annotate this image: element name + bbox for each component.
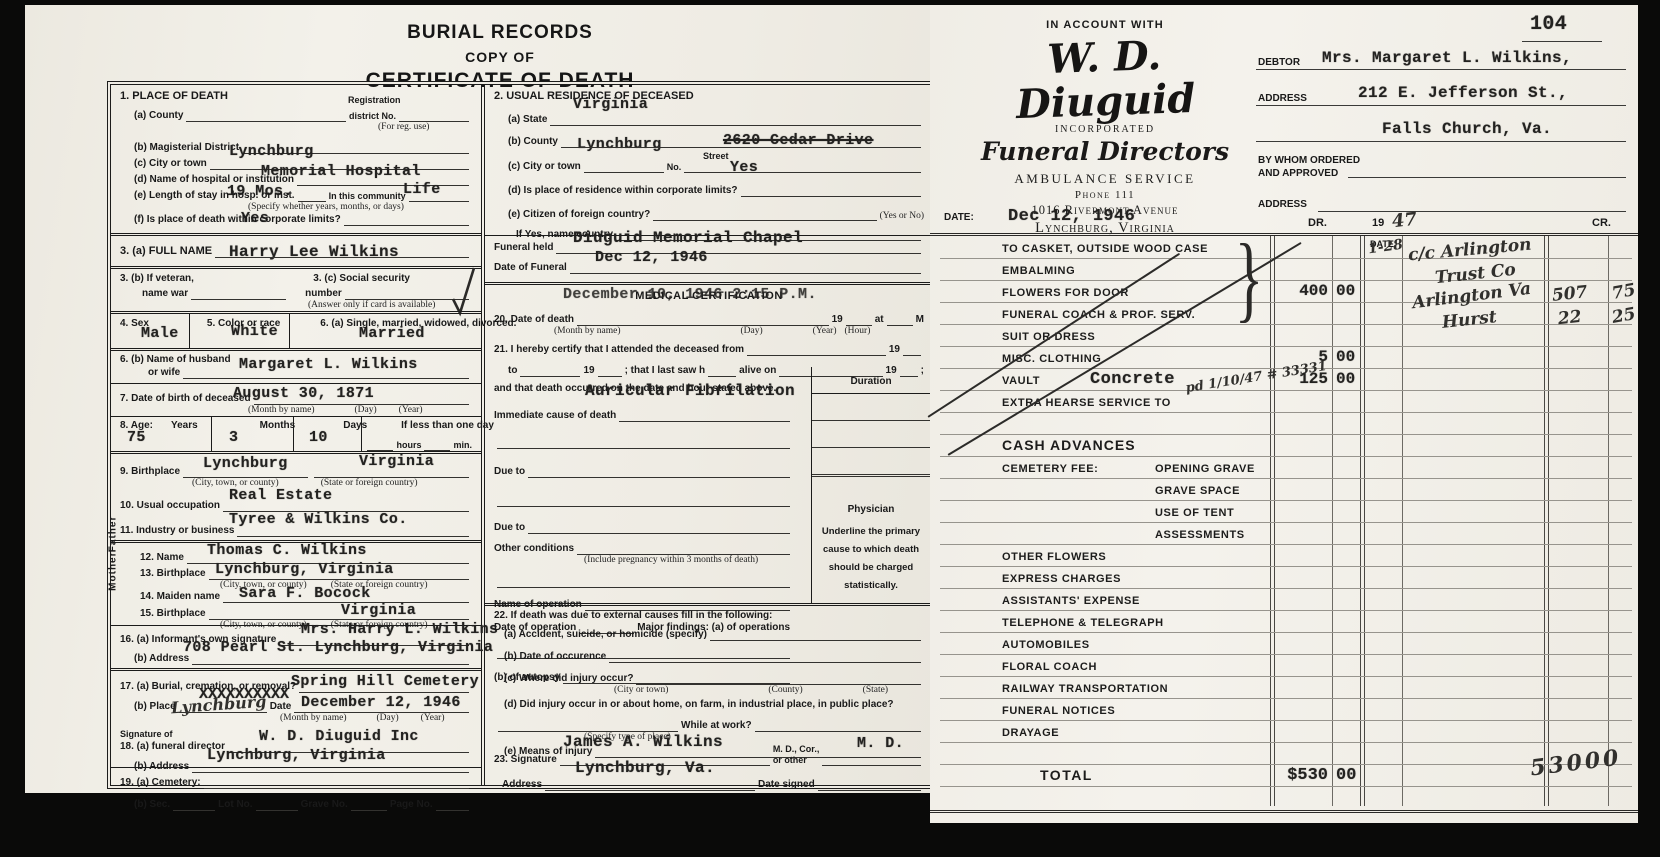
ss-number-label: number [305, 288, 342, 300]
birth-caption-month: (Month by name) [248, 405, 315, 415]
section-full-name: Harry Lee Wilkins 3. (a) FULL NAME [111, 233, 481, 266]
birth-caption-year: (Year) [399, 405, 423, 415]
approver-address-label: ADDRESS [1258, 199, 1307, 211]
informant-address-label: (b) Address [134, 653, 189, 665]
physician-address-value: Lynchburg, Va. [575, 760, 715, 776]
funeral-date-label: Date of Funeral [494, 262, 567, 274]
ledger-page: IN ACCOUNT WITH W. D. Diuguid INCORPORAT… [930, 5, 1638, 823]
total-dr-amount: $530 [1270, 766, 1328, 785]
section-external-causes: 22. If death was due to external causes … [485, 603, 933, 734]
burial-label: 17. (a) Burial, cremation, or removal? [120, 681, 296, 693]
director-label1: Signature of [120, 729, 173, 740]
section-parents: Father Mother Thomas C. Wilkins 12. Name… [111, 540, 481, 625]
ledger-date-value: Dec 12, 1946 [1008, 208, 1135, 225]
section-informant: Mrs. Harry L. Wilkins 16. (a) Informant'… [111, 625, 481, 668]
s22-b-label: (b) Date of occurence [504, 651, 606, 663]
burial-place-label: (b) Place [134, 701, 176, 713]
full-name-label: 3. (a) FULL NAME [120, 245, 212, 258]
birth-date-label: 7. Date of birth of deceased [120, 393, 251, 405]
funeral-held-label: Funeral held [494, 242, 553, 254]
age-less-label: If less than one day [401, 420, 494, 432]
funeral-directors-script: Funeral Directors [970, 137, 1240, 167]
certify-saw: ; that I last saw h [625, 365, 706, 377]
s1-e-caption: (Specify whether years, months, or days) [248, 202, 404, 212]
s22-cap-city: (City or town) [614, 685, 668, 695]
lot-label: Lot No. [218, 799, 252, 811]
age-months-label: Months [260, 420, 296, 432]
section-certification: 21. I hereby certify that I attended the… [485, 337, 933, 603]
debtor-label: DEBTOR [1258, 57, 1300, 69]
total-dr-cents: 00 [1336, 766, 1356, 785]
total-label: TOTAL [1040, 767, 1093, 783]
father-name-label: 12. Name [140, 552, 184, 564]
section-burial: Spring Hill Cemetery XXXXXXXXXX 17. (a) … [111, 668, 481, 727]
ledger-row: FLORAL COACH [1002, 661, 1097, 673]
section-funeral-held: Diuguid Memorial Chapel Funeral held Dec… [485, 235, 933, 282]
certify-alive: alive on [739, 365, 776, 377]
section-residence: 2. USUAL RESIDENCE OF DECEASED Virginia … [485, 85, 933, 235]
credit-amount-2: 22 [1557, 309, 1582, 328]
spouse-label1: 6. (b) Name of husband [120, 354, 231, 366]
ledger-row: EXPRESS CHARGES [1002, 573, 1121, 585]
physician-label: Physician [848, 504, 895, 515]
mother-birthplace-label: 15. Birthplace [140, 608, 206, 620]
signature-label: 23. Signature [494, 754, 557, 766]
other-conditions-label: Other conditions [494, 543, 574, 555]
dod-19: 19 [832, 314, 843, 326]
debtor-address-value: 212 E. Jefferson St., [1358, 85, 1568, 101]
due-to-2-label: Due to [494, 522, 525, 534]
dr-cents: 00 [1336, 282, 1355, 300]
residence-county-label: (b) County [508, 136, 558, 148]
ledger-date-label: DATE: [944, 212, 974, 224]
year-printed: 19 [1372, 217, 1384, 230]
industry-label: 11. Industry or business [120, 525, 234, 537]
ledger-row: TELEPHONE & TELEGRAPH [1002, 617, 1164, 629]
ledger-row: FUNERAL COACH & PROF. SERV. [1002, 309, 1195, 321]
residence-foreign-label: (e) Citizen of foreign country? [508, 209, 650, 221]
dod-at: at [875, 314, 884, 326]
address-label: Address [502, 779, 542, 791]
age-min-label: min. [453, 440, 472, 451]
s1-district-no: district No. [349, 111, 396, 122]
and-approved: AND APPROVED [1258, 168, 1338, 180]
certificate-page: BURIAL RECORDS COPY OF CERTIFICATE OF DE… [25, 5, 930, 793]
medical-certification-heading: MEDICAL CERTIFICATION December 10, 1946 … [485, 282, 933, 307]
section-birthplace: Lynchburg Virginia 9. Birthplace (City, … [111, 451, 481, 490]
certificate-form: 1. PLACE OF DEATH Registration (a) Count… [110, 84, 934, 786]
date-signed-label: Date signed [758, 779, 815, 791]
section-industry: Tyree & Wilkins Co. 11. Industry or busi… [111, 515, 481, 540]
debtor-value: Mrs. Margaret L. Wilkins, [1322, 50, 1572, 66]
birthplace-label: 9. Birthplace [120, 466, 180, 478]
cash-advances-heading: CASH ADVANCES [1002, 437, 1136, 453]
residence-corporate-label: (d) Is place of residence within corpora… [508, 185, 738, 197]
ledger-row: VAULT [1002, 375, 1040, 387]
cr-label: CR. [1592, 217, 1611, 230]
cemetery-label: 19. (a) Cemetery: [120, 777, 201, 789]
firm-name-script: W. D. Diuguid [969, 32, 1242, 129]
certificate-left-column: 1. PLACE OF DEATH Registration (a) Count… [111, 85, 481, 785]
s22-heading: 22. If death was due to external causes … [494, 610, 772, 622]
phone-number: Phone 111 [970, 189, 1240, 201]
ledger-row: EMBALMING [1002, 265, 1075, 277]
birth-caption-day: (Day) [355, 405, 377, 415]
dod-m: M [916, 314, 924, 326]
certificate-right-column: 2. USUAL RESIDENCE OF DECEASED Virginia … [481, 85, 933, 785]
cause-of-death-value: Auricular Fibrilation [585, 383, 795, 399]
father-birthplace-label: 13. Birthplace [140, 568, 206, 580]
or-other-label: or other [773, 755, 820, 766]
mother-side-label: Mother [108, 551, 119, 590]
due-to-1-label: Due to [494, 466, 525, 478]
street-no-label: No. [667, 162, 682, 173]
dr-amount: 400 [1276, 282, 1328, 300]
dr-cents: 00 [1336, 348, 1355, 366]
certify-19a: 19 [889, 344, 900, 356]
death-datetime-typed: December 10, 1946 2:15 P.M. [563, 287, 817, 302]
dr-amount: 5 [1276, 348, 1328, 366]
page-number: 104 [1530, 15, 1567, 35]
occupation-label: 10. Usual occupation [120, 500, 220, 512]
ambulance-service: AMBULANCE SERVICE [970, 171, 1240, 187]
section-date-of-death: 20. Date of death19atM (Month by name)(D… [485, 307, 933, 337]
certify-19b: 19 [583, 365, 594, 377]
race-label: 5. Color or race [207, 318, 280, 330]
age-years-label: Years [171, 420, 198, 432]
s1-e-mid: In this community [329, 191, 406, 202]
s22-a-label: (a) Accident, suicide, or homicide (spec… [504, 629, 707, 641]
pageno-label: Page No. [390, 799, 433, 811]
burial-cap3: (Year) [421, 713, 445, 723]
ledger-row: GRAVE SPACE [1155, 485, 1240, 497]
spouse-label2: or wife [148, 367, 180, 379]
dod-cap-year: (Year) [813, 326, 837, 336]
duration-physician-box: Duration Physician Underline the primary… [811, 367, 930, 603]
s1-f-label: (f) Is place of death within corporate l… [134, 214, 341, 226]
burial-cap1: (Month by name) [280, 713, 347, 723]
cemetery-fee-prefix: CEMETERY FEE: [1002, 463, 1098, 475]
ledger-body: DATE TO CASKET, OUTSIDE WOOD CASE EMBALM… [930, 233, 1638, 806]
dr-amount: 125 [1276, 370, 1328, 388]
s1-for-reg-use: (For reg. use) [378, 122, 429, 132]
s1-b-label: (b) Magisterial District [134, 142, 239, 154]
section-sex-race-marital: Male White Married 4. Sex5. Color or rac… [111, 311, 481, 348]
dod-cap-month: (Month by name) [554, 326, 621, 336]
certify-line1: 21. I hereby certify that I attended the… [494, 344, 744, 356]
residence-state-label: (a) State [508, 114, 547, 126]
s22-while-at-work: While at work? [681, 720, 752, 732]
ss-caption: (Answer only if card is available) [308, 300, 435, 310]
vault-concrete-typed: Concrete [1090, 371, 1175, 388]
credit-cents-2: 25 [1611, 306, 1637, 327]
section-funeral-director: W. D. Diuguid Inc Signature of 18. (a) f… [111, 727, 481, 767]
burial-date-label: Date [270, 701, 292, 713]
section-signature: James A. Wilkins M. D. 23. SignatureM. D… [485, 734, 933, 790]
sec-label: (b) Sec. [134, 799, 170, 811]
section-age: 75 3 10 8. Age:YearsMonthsDaysIf less th… [111, 416, 481, 451]
date-of-death-label: 20. Date of death [494, 314, 574, 326]
s22-d-label: (d) Did injury occur in or about home, o… [504, 699, 893, 711]
ledger-row: ASSISTANTS' EXPENSE [1002, 595, 1140, 607]
section-birth-date: August 30, 1871 7. Date of birth of dece… [111, 383, 481, 416]
s1-registration: Registration [348, 95, 401, 106]
debtor-address-label: ADDRESS [1258, 93, 1307, 105]
sex-label: 4. Sex [120, 318, 149, 330]
ledger-row: AUTOMOBILES [1002, 639, 1090, 651]
duration-label: Duration [850, 376, 891, 387]
physician-note: Underline the primary cause to which dea… [822, 526, 920, 591]
s1-c-label: (c) City or town [134, 158, 207, 170]
veteran-war-label: name war [142, 288, 188, 300]
s1-e-label: (e) Length of stay in hosp. or inst. [134, 190, 295, 202]
dod-cap-day: (Day) [741, 326, 763, 336]
year-handwritten: 47 [1391, 211, 1418, 232]
ss-label: 3. (c) Social security [313, 273, 410, 285]
debtor-address-value2: Falls Church, Va. [1382, 121, 1552, 137]
s22-cap-county: (County) [768, 685, 802, 695]
check-mark [449, 265, 477, 317]
section-cemetery: 19. (a) Cemetery: (b) Sec.Lot No.Grave N… [111, 767, 481, 808]
title-copy-of: COPY OF [300, 48, 700, 68]
dod-cap-hour: (Hour) [845, 326, 871, 336]
ledger-row: OPENING GRAVE [1155, 463, 1255, 475]
residence-city-label: (c) City or town [508, 161, 581, 173]
grave-label: Grave No. [301, 799, 348, 811]
credit-cents-1: 75 [1611, 282, 1637, 303]
s1-a-label: (a) County [134, 110, 183, 122]
ledger-row: OTHER FLOWERS [1002, 551, 1106, 563]
scanned-burial-record: { "scan": { "page_number": "104" }, "cer… [0, 0, 1660, 857]
mother-name-label: 14. Maiden name [140, 591, 220, 603]
ledger-row: ASSESSMENTS [1155, 529, 1245, 541]
section-spouse: Margaret L. Wilkins 6. (b) Name of husba… [111, 348, 481, 383]
ledger-row: USE OF TENT [1155, 507, 1234, 519]
ledger-row: FUNERAL NOTICES [1002, 705, 1115, 717]
birthplace-cap2: (State or foreign country) [321, 478, 418, 488]
ledger-row: RAILWAY TRANSPORTATION [1002, 683, 1168, 695]
burial-cap2: (Day) [377, 713, 399, 723]
firm-header: IN ACCOUNT WITH W. D. Diuguid INCORPORAT… [970, 19, 1240, 237]
s1-heading: 1. PLACE OF DEATH [120, 90, 228, 103]
s22-cap-state: (State) [863, 685, 888, 695]
by-whom-ordered: BY WHOM ORDERED [1258, 155, 1360, 167]
father-side-label: Father [108, 516, 119, 553]
dr-label: DR. [1308, 217, 1327, 230]
section-veteran-ss: 3. (b) If veteran,3. (c) Social security… [111, 266, 481, 311]
section-place-of-death: 1. PLACE OF DEATH Registration (a) Count… [111, 85, 481, 233]
veteran-label: 3. (b) If veteran, [120, 273, 194, 285]
residence-state-value: Virginia [573, 97, 648, 112]
certify-to: to [508, 365, 517, 377]
title-burial-records: BURIAL RECORDS [300, 19, 700, 48]
age-label: 8. Age: [120, 420, 153, 432]
age-hours-label: hours [396, 440, 421, 451]
pregnancy-caption: (Include pregnancy within 3 months of de… [584, 555, 758, 565]
in-account-with: IN ACCOUNT WITH [970, 19, 1240, 32]
ledger-row: DRAYAGE [1002, 727, 1059, 739]
s22-c-label: (c) Where did injury occur? [504, 673, 633, 685]
page-number-rule [1522, 41, 1602, 42]
md-cor-label: M. D., Cor., [773, 744, 820, 755]
yes-or-no-caption: (Yes or No) [880, 211, 924, 221]
credit-amount-1: 507 [1551, 284, 1588, 305]
immediate-cause-label: Immediate cause of death [494, 410, 616, 422]
dr-cents: 00 [1336, 370, 1355, 388]
age-days-label: Days [343, 420, 367, 432]
